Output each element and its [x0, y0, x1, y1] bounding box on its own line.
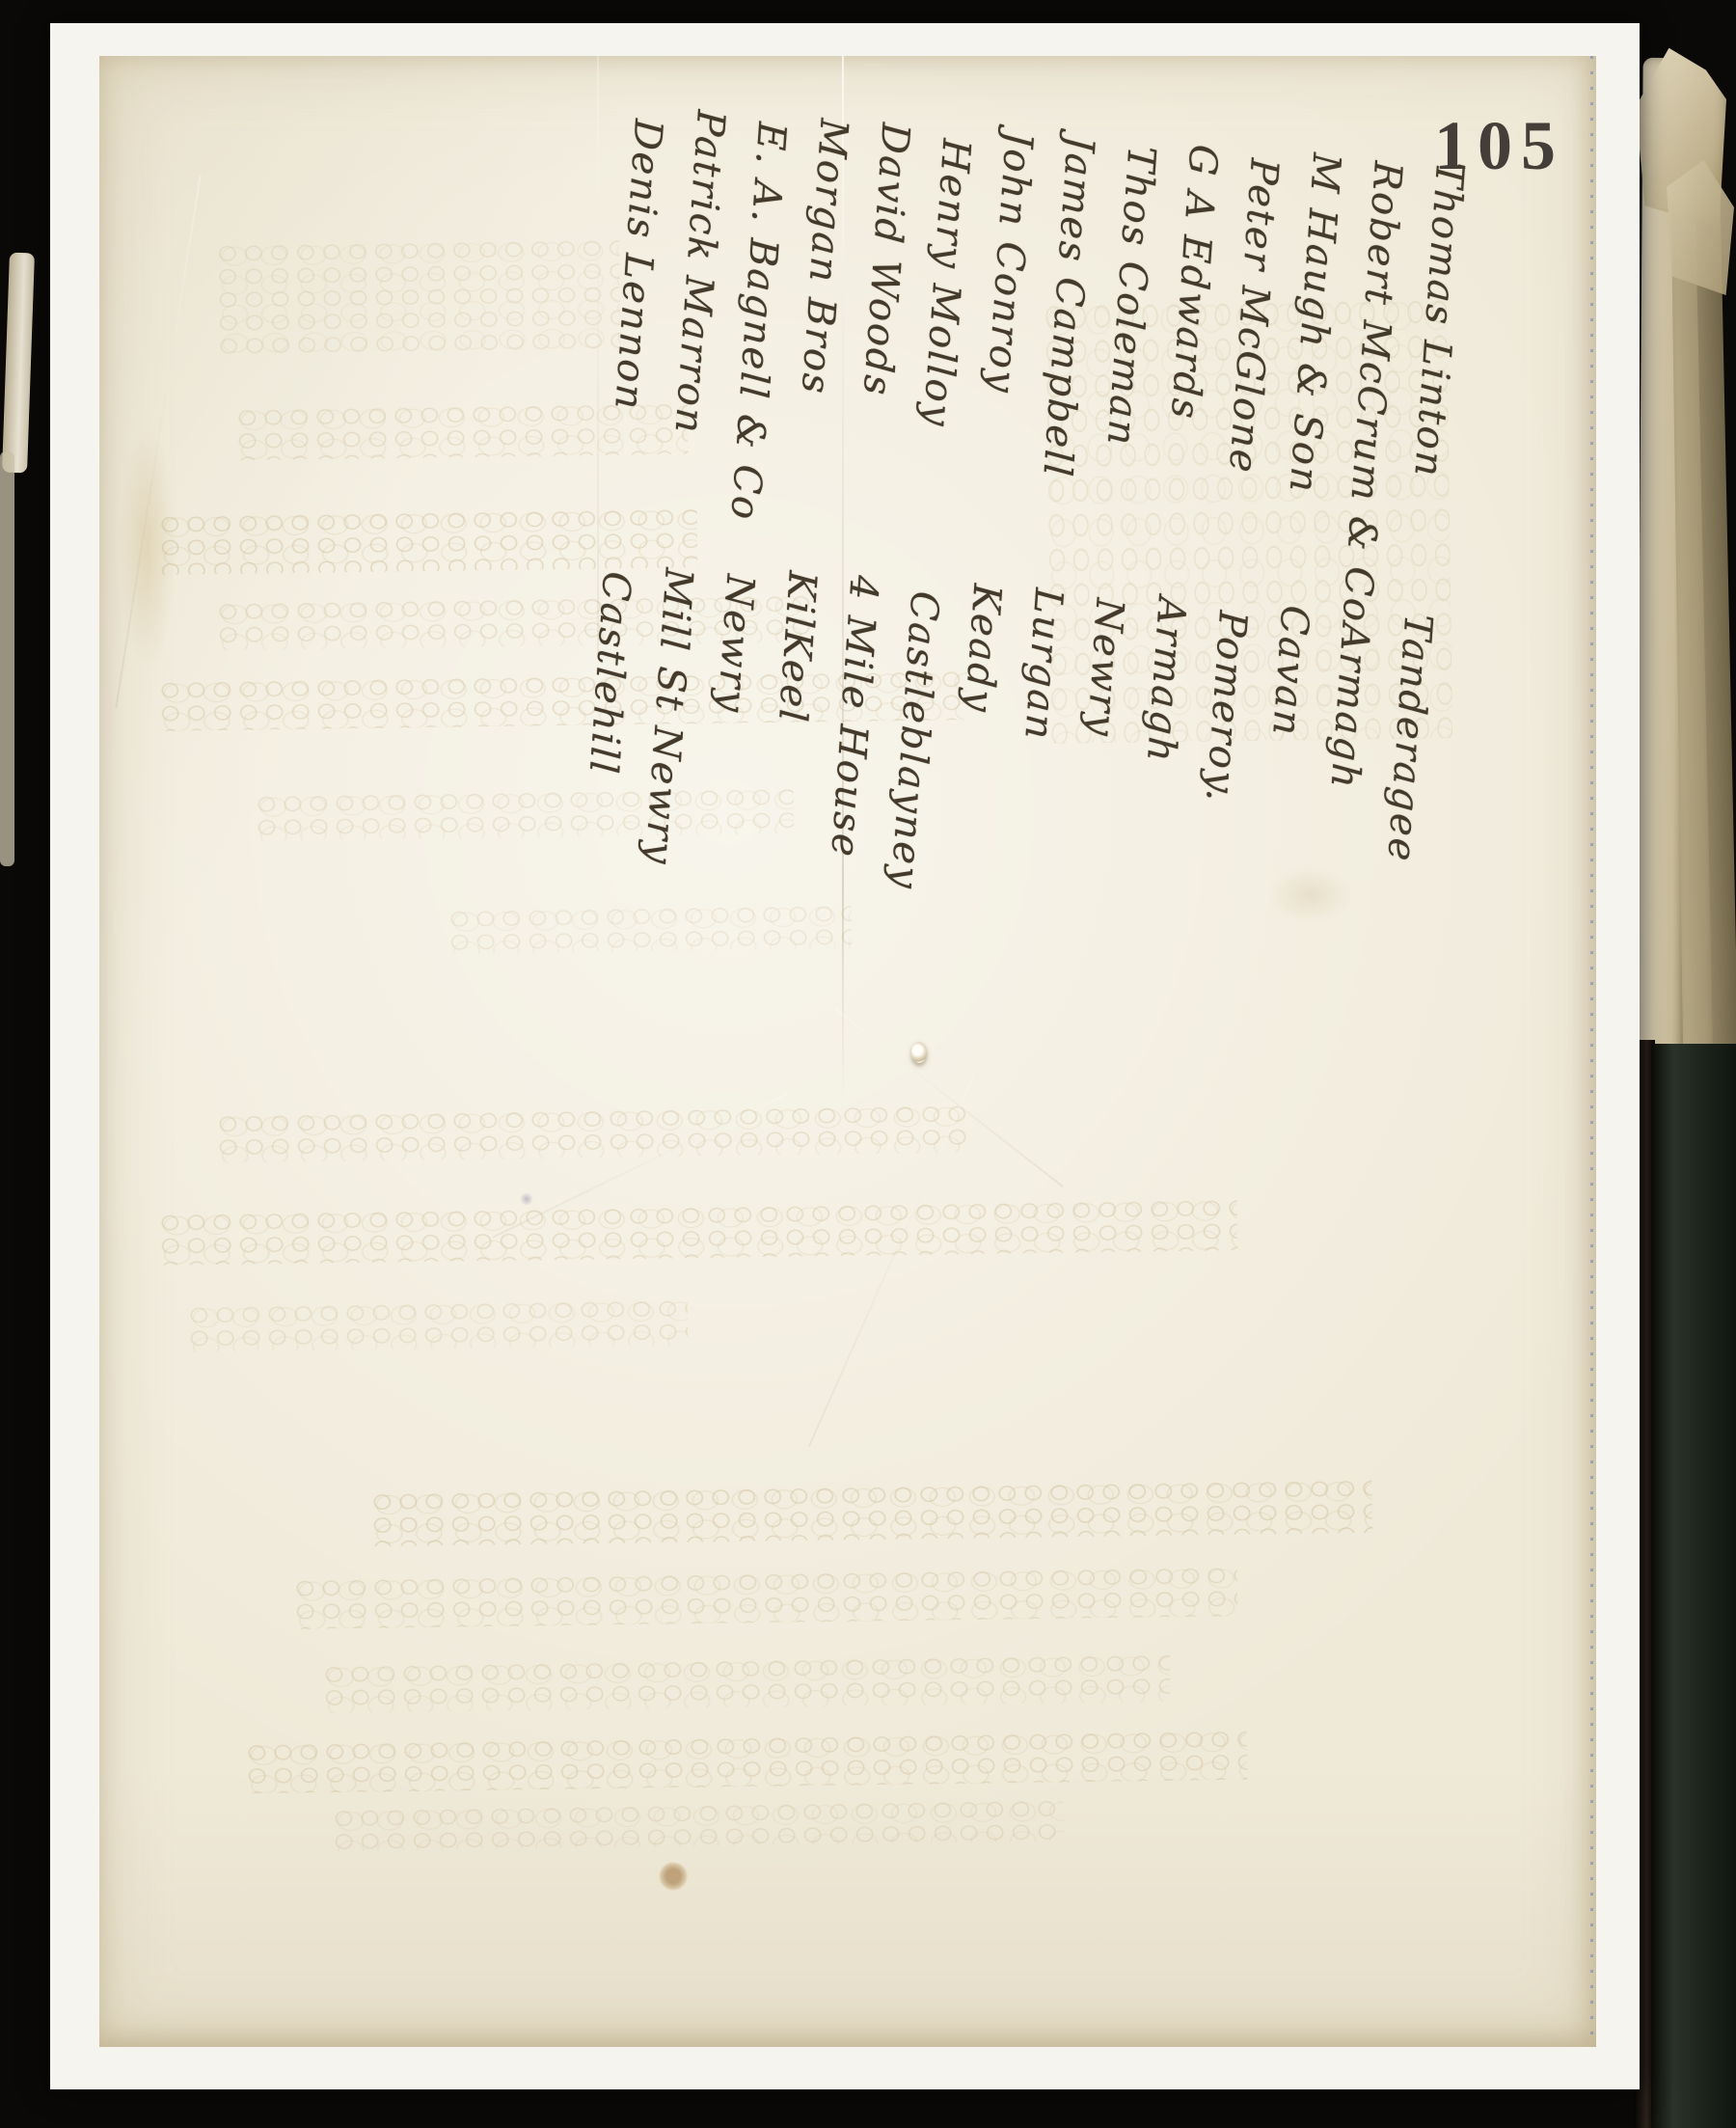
page-edge-sliver	[2, 253, 35, 474]
page-stack	[1634, 44, 1736, 1086]
paper-pucker	[911, 1042, 927, 1063]
entry-place: Armagh	[1313, 621, 1386, 792]
bleedthrough-writing	[244, 1728, 1248, 1794]
entry-place: KilKeel	[761, 569, 833, 726]
entry-place: Cavan	[1255, 603, 1325, 739]
entry-place: Newry	[1070, 596, 1141, 740]
entry-place: Keady	[947, 582, 1017, 716]
stain	[119, 423, 176, 673]
entry-place: Newry	[699, 572, 771, 716]
bleedthrough-writing	[214, 236, 621, 358]
bleedthrough-writing	[331, 1797, 1065, 1852]
bleedthrough-writing	[215, 1103, 968, 1163]
stain	[659, 1862, 688, 1891]
crease-line	[834, 1008, 1064, 1187]
bleedthrough-writing	[369, 1477, 1373, 1547]
page-edge-sliver	[0, 451, 14, 866]
bleedthrough-writing	[186, 1296, 689, 1351]
bleedthrough-writing	[321, 1651, 1171, 1713]
deckle-edge-dots	[1590, 56, 1593, 2047]
photo-background: 105 Thomas Linton Tanderagee Robert McCr…	[0, 0, 1736, 2128]
bleedthrough-writing	[292, 1564, 1238, 1629]
bleedthrough-writing	[157, 1196, 1238, 1266]
book-cover	[1651, 1044, 1736, 2128]
entry-place: Armagh	[1129, 595, 1203, 766]
folded-page-corner	[1667, 160, 1734, 295]
stain	[520, 1192, 533, 1206]
handwritten-list: Thomas Linton Tanderagee Robert McCrum &…	[556, 103, 1480, 1049]
entry-place: Lurgan	[1007, 587, 1079, 744]
ledger-page: 105 Thomas Linton Tanderagee Robert McCr…	[99, 56, 1596, 2047]
